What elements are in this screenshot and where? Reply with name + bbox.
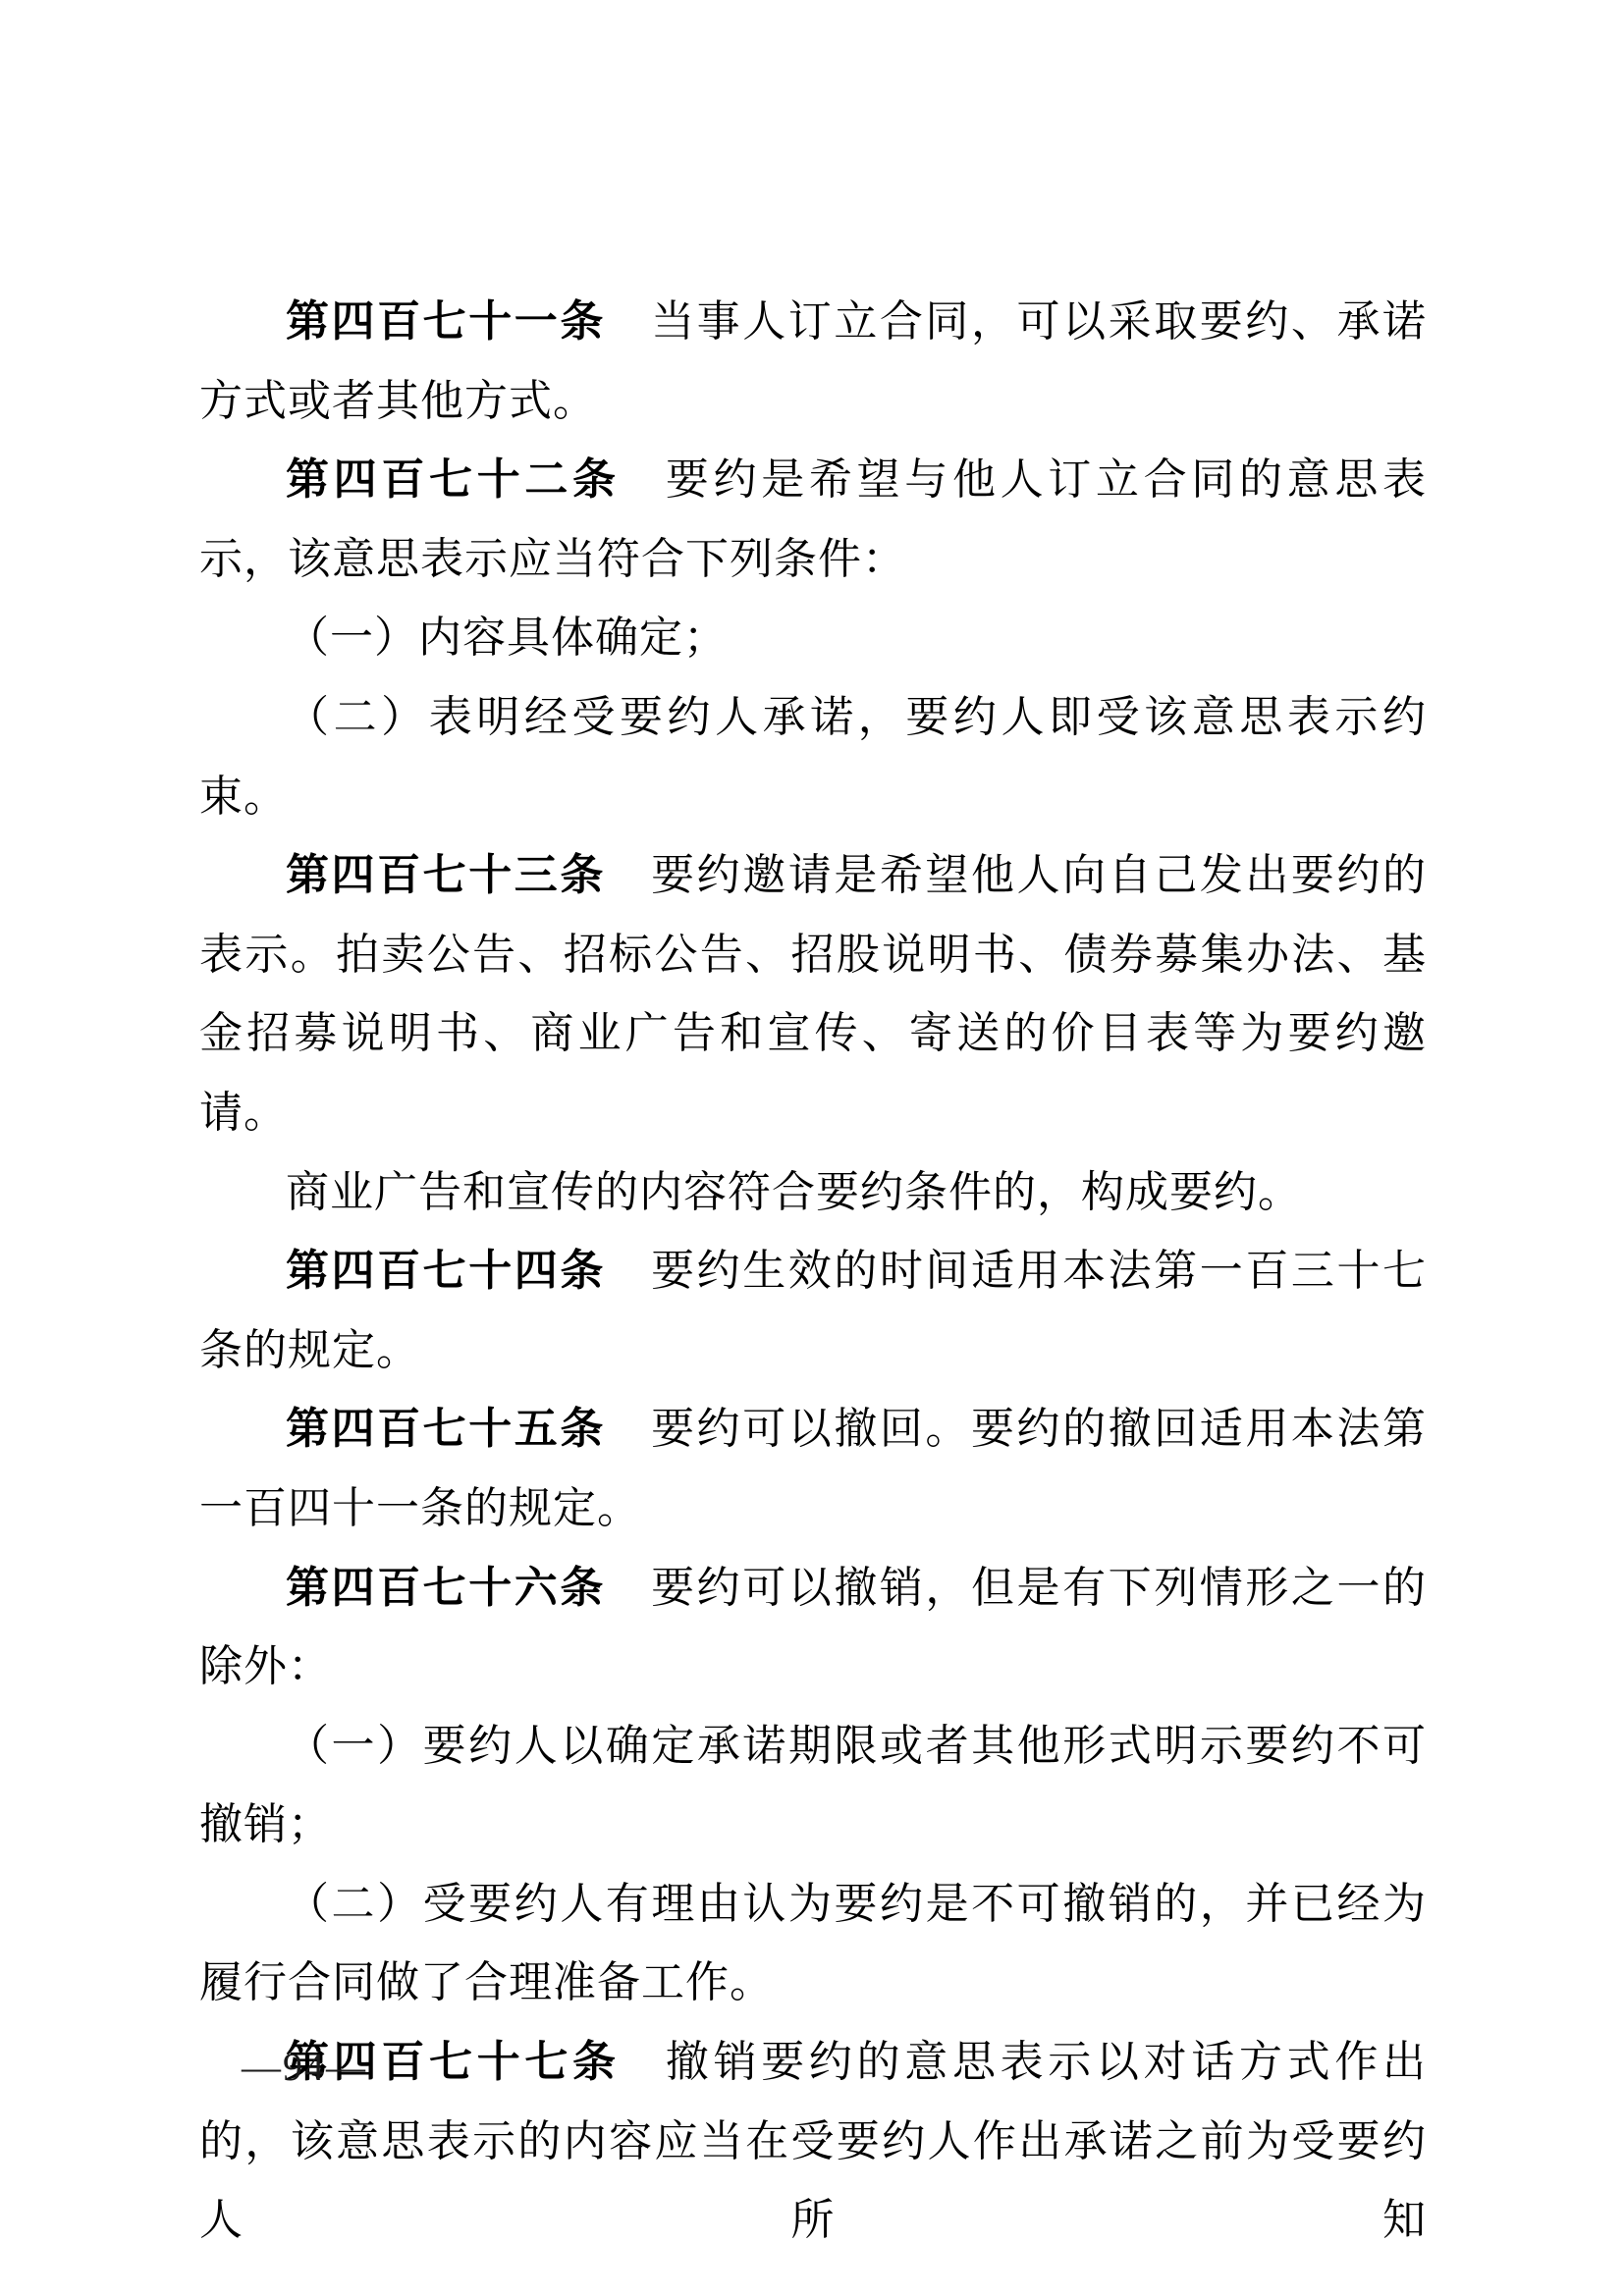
article-number: 第四百七十六条 — [286, 1564, 606, 1612]
article-477-paragraph: 第四百七十七条撤销要约的意思表示以对话方式作出的，该意思表示的内容应当在受要约人… — [199, 2023, 1427, 2261]
article-476-item-2: （二）受要约人有理由认为要约是不可撤销的，并已经为履行合同做了合理准备工作。 — [199, 1865, 1427, 2023]
article-474-paragraph: 第四百七十四条要约生效的时间适用本法第一百三十七条的规定。 — [199, 1232, 1427, 1390]
article-473-paragraph-2: 商业广告和宣传的内容符合要约条件的，构成要约。 — [199, 1153, 1427, 1233]
article-472-item-1: （一）内容具体确定； — [199, 599, 1427, 678]
page-footer: —94— — [242, 2044, 367, 2090]
article-471-paragraph: 第四百七十一条当事人订立合同，可以采取要约、承诺方式或者其他方式。 — [199, 283, 1427, 441]
article-472-item-2: （二）表明经受要约人承诺，要约人即受该意思表示约束。 — [199, 678, 1427, 836]
article-476-paragraph: 第四百七十六条要约可以撤销，但是有下列情形之一的除外： — [199, 1549, 1427, 1707]
article-text: （一）要约人以确定承诺期限或者其他形式明示要约不可撤销； — [199, 1722, 1427, 1849]
article-number: 第四百七十一条 — [286, 297, 606, 346]
article-number: 第四百七十三条 — [286, 851, 606, 899]
article-number: 第四百七十二条 — [286, 455, 621, 504]
article-473-paragraph-1: 第四百七十三条要约邀请是希望他人向自己发出要约的表示。拍卖公告、招标公告、招股说… — [199, 836, 1427, 1152]
article-475-paragraph: 第四百七十五条要约可以撤回。要约的撤回适用本法第一百四十一条的规定。 — [199, 1390, 1427, 1548]
article-number: 第四百七十四条 — [286, 1247, 606, 1295]
page-number: —94— — [242, 2045, 367, 2089]
document-page: 第四百七十一条当事人订立合同，可以采取要约、承诺方式或者其他方式。 第四百七十二… — [0, 0, 1624, 2296]
article-text: （二）受要约人有理由认为要约是不可撤销的，并已经为履行合同做了合理准备工作。 — [199, 1880, 1427, 2007]
article-476-item-1: （一）要约人以确定承诺期限或者其他形式明示要约不可撤销； — [199, 1707, 1427, 1865]
article-text: 商业广告和宣传的内容符合要约条件的，构成要约。 — [286, 1168, 1302, 1216]
document-body: 第四百七十一条当事人订立合同，可以采取要约、承诺方式或者其他方式。 第四百七十二… — [199, 283, 1427, 2261]
article-number: 第四百七十五条 — [286, 1405, 606, 1453]
article-text: （二）表明经受要约人承诺，要约人即受该意思表示约束。 — [199, 693, 1427, 821]
article-text: （一）内容具体确定； — [286, 614, 728, 662]
article-472-paragraph: 第四百七十二条要约是希望与他人订立合同的意思表示，该意思表示应当符合下列条件： — [199, 441, 1427, 599]
